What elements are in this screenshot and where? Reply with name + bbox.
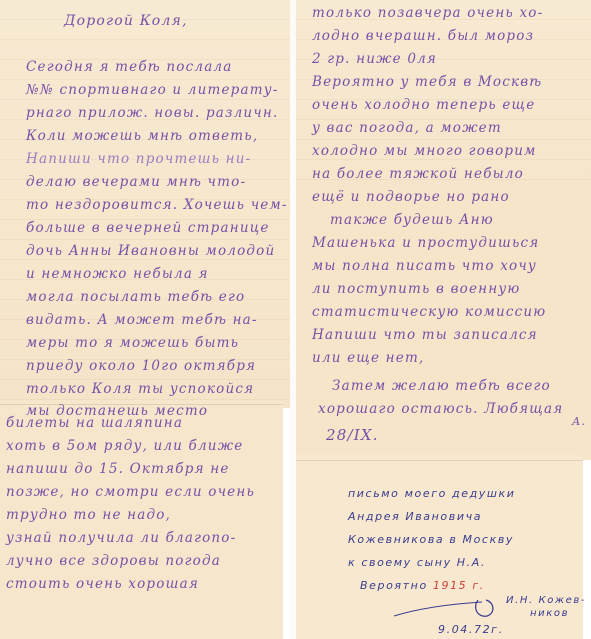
letter-line: видать. А может тебѣ на- (26, 309, 258, 332)
letter-line: Машенька и простудишься (312, 232, 539, 255)
letter-line: дочь Анны Ивановны молодой (26, 240, 275, 263)
letter-line: узнай получила ли благопо- (6, 527, 236, 550)
letter-line: могла посылать тебѣ его (26, 286, 245, 309)
signature-suffix: А. (572, 410, 586, 433)
letter-line: больше в вечерней странице (26, 217, 270, 240)
letter-line: мы полна писать что хочу (312, 255, 537, 278)
letter-line: стоить очень хорошая (6, 573, 199, 596)
letter-line: Напиши что ты записался (312, 324, 538, 347)
annotation-attribution: И.Н. Кожев- (506, 594, 586, 608)
letter-line: трудно то не надо, (6, 504, 171, 527)
letter-line: лучно все здоровы погода (6, 550, 221, 573)
letter-line: позже, но смотри если очень (6, 481, 255, 504)
letter-line: только Коля ты успокойся (26, 378, 254, 401)
letter-line: на более тяжкой небыло (312, 163, 524, 186)
closing-line: хорошаго остаюсь. Любящая (318, 398, 563, 421)
letter-line: Вероятно у тебя в Москвѣ (312, 71, 542, 94)
letter-date: 28/IX. (326, 424, 379, 447)
annotation-line: Андрея Ивановича (348, 505, 482, 529)
letter-line: напиши до 15. Октября не (6, 458, 230, 481)
salutation: Дорогой Коля, (64, 10, 188, 33)
letter-line: Сегодня я тебѣ послала (26, 56, 232, 79)
letter-line: также будешь Аню (330, 209, 494, 232)
letter-line: только позавчера очень хо- (312, 2, 543, 25)
letter-line: №№ спортивнаго и литерату- (26, 79, 279, 102)
letter-line: или еще нет, (312, 347, 424, 370)
page-gap (290, 0, 296, 639)
letter-line: у вас погода, а может (312, 117, 502, 140)
letter-line: ли поступить в военную (312, 278, 520, 301)
letter-line: Напиши что прочтешь ни- (26, 148, 251, 171)
letter-line: приеду около 10го октября (26, 355, 256, 378)
letter-line: и немножко небыла я (26, 263, 209, 286)
letter-line: 2 гр. ниже 0ля (312, 48, 437, 71)
letter-line: Коли можешь мнѣ ответь, (26, 125, 258, 148)
letter-line: рнаго прилож. новы. различн. (26, 102, 279, 125)
letter-line: статистическую комиссию (312, 301, 546, 324)
closing-line: Затем желаю тебѣ всего (332, 375, 551, 398)
letter-line: то нездоровится. Хочешь чем- (26, 194, 288, 217)
letter-line: хоть в 5ом ряду, или ближе (6, 435, 243, 458)
annotation-line: письмо моего дедушки (348, 482, 516, 506)
letter-line: меры то я можешь быть (26, 332, 239, 355)
annotation-date: 9.04.72г. (438, 618, 504, 639)
annotation-attribution-cont: ников (530, 607, 569, 621)
fold-line (296, 460, 583, 461)
annotation-year: 1915 (433, 579, 467, 592)
annotation-line: Кожевникова в Москву (348, 528, 514, 552)
letter-line: очень холодно теперь еще (312, 94, 535, 117)
letter-line: лодно вчерашн. был мороз (312, 25, 534, 48)
letter-line: холодно мы много говорим (312, 140, 537, 163)
letter-line: ещё и подворье но рано (312, 186, 510, 209)
annotation-line: к своему сыну Н.А. (348, 551, 486, 575)
letter-line: делаю вечерами мнѣ что- (26, 171, 246, 194)
letter-line: билеты на шаляпина (6, 412, 183, 435)
